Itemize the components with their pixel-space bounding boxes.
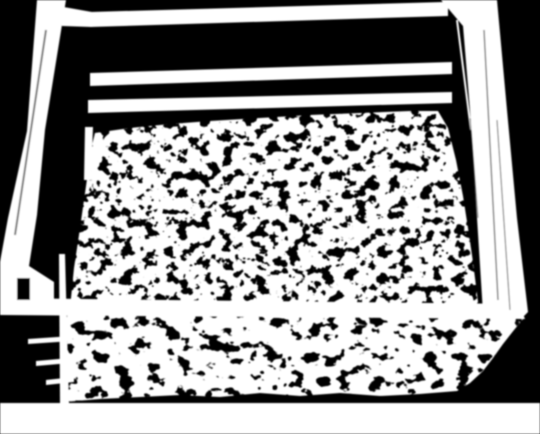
binary-crate-image [0, 0, 540, 434]
seedling-mass-upper [70, 111, 478, 308]
floor-strip [0, 403, 540, 434]
left-post-foot-notch [17, 278, 30, 300]
seedling-mass-lower [64, 304, 524, 402]
crate-scene-svg [0, 0, 540, 434]
